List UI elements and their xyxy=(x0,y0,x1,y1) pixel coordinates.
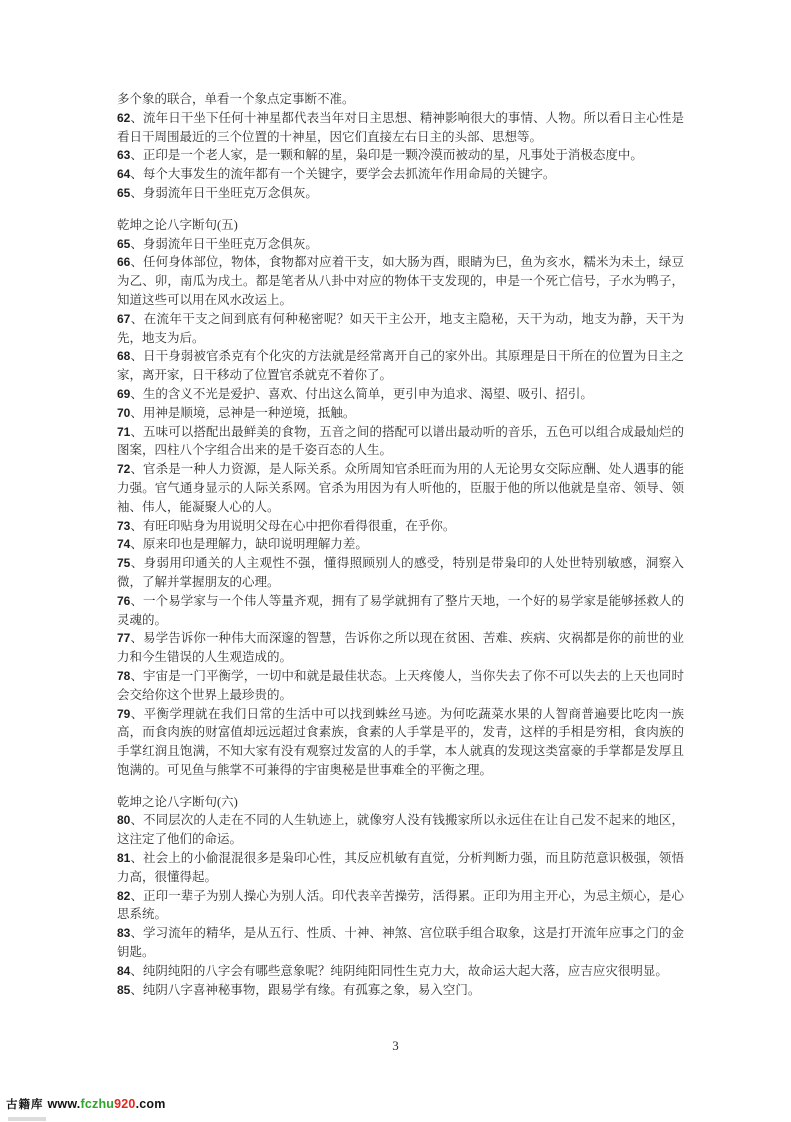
item-number-separator: 、 xyxy=(130,889,143,903)
item-number: 80 xyxy=(117,813,130,827)
item-number: 75 xyxy=(117,556,130,570)
item-number: 65 xyxy=(117,237,130,251)
item-number-separator: 、 xyxy=(130,556,143,570)
watermark-cut-line xyxy=(8,1117,46,1121)
item-text: 流年日干坐下任何十神星都代表当年对日主思想、精神影响很大的事情、人物。所以看日主… xyxy=(117,111,684,144)
item-text: 有旺印贴身为用说明父母在心中把你看得很重，在乎你。 xyxy=(143,519,456,533)
item-number: 62 xyxy=(117,111,130,125)
item-number-separator: 、 xyxy=(130,255,143,269)
item-number-separator: 、 xyxy=(130,167,143,181)
item-text: 身弱流年日干坐旺克万念俱灰。 xyxy=(143,186,318,200)
item-text: 用神是顺境，忌神是一种逆境，抵触。 xyxy=(143,406,356,420)
item-text: 宇宙是一门平衡学，一切中和就是最佳状态。上天疼傻人，当你失去了你不可以失去的上天… xyxy=(117,669,684,702)
item-number: 79 xyxy=(117,707,130,721)
paragraph-continuation: 多个象的联合，单看一个象点定事断不准。 xyxy=(117,90,684,109)
watermark-url-tld: .com xyxy=(136,1097,166,1111)
item-number-separator: 、 xyxy=(130,186,143,200)
item-number-separator: 、 xyxy=(130,387,143,401)
list-item: 72、官杀是一种人力资源，是人际关系。众所周知官杀旺而为用的人无论男女交际应酬、… xyxy=(117,460,684,516)
list-item: 78、宇宙是一门平衡学，一切中和就是最佳状态。上天疼傻人，当你失去了你不可以失去… xyxy=(117,667,684,705)
item-text: 在流年干支之间到底有何种秘密呢？如天干主公开，地支主隐秘，天干为动，地支为静，天… xyxy=(117,312,684,345)
item-number-separator: 、 xyxy=(130,537,143,551)
list-item: 82、正印一辈子为别人操心为别人活。印代表辛苦操劳，活得累。正印为用主开心，为忌… xyxy=(117,887,684,925)
item-text: 官杀是一种人力资源，是人际关系。众所周知官杀旺而为用的人无论男女交际应酬、处人遇… xyxy=(117,462,684,514)
list-item: 79、平衡学理就在我们日常的生活中可以找到蛛丝马迹。为何吃蔬菜水果的人智商普遍要… xyxy=(117,705,684,780)
item-number-separator: 、 xyxy=(130,237,143,251)
item-number-separator: 、 xyxy=(130,111,143,125)
list-item: 76、一个易学家与一个伟人等量齐观，拥有了易学就拥有了整片天地，一个好的易学家是… xyxy=(117,592,684,630)
item-number-separator: 、 xyxy=(130,148,143,162)
item-number-separator: 、 xyxy=(130,707,143,721)
item-text: 学习流年的精华，是从五行、性质、十神、神煞、宫位联手组合取象，这是打开流年应事之… xyxy=(117,926,684,959)
watermark-url-number: 920 xyxy=(114,1097,135,1111)
item-number: 65 xyxy=(117,186,130,200)
item-number: 73 xyxy=(117,519,130,533)
item-number-separator: 、 xyxy=(130,851,143,865)
list-item: 75、身弱用印通关的人主观性不强，懂得照顾别人的感受，特别是带枭印的人处世特别敏… xyxy=(117,554,684,592)
item-number: 82 xyxy=(117,889,130,903)
list-item: 69、生的含义不光是爱护、喜欢、付出这么简单，更引申为追求、渴望、吸引、招引。 xyxy=(117,385,684,404)
item-text: 任何身体部位，物体，食物都对应着干支，如大肠为酉，眼睛为巳，鱼为亥水，糯米为未土… xyxy=(117,255,684,307)
list-item: 65、身弱流年日干坐旺克万念俱灰。 xyxy=(117,184,684,203)
paragraph-text: 多个象的联合，单看一个象点定事断不准。 xyxy=(117,92,355,106)
watermark-url[interactable]: www.fczhu920.com xyxy=(48,1097,166,1111)
section-heading-text: 乾坤之论八字断句(六) xyxy=(117,795,238,809)
item-number: 68 xyxy=(117,349,130,363)
item-number-separator: 、 xyxy=(130,813,143,827)
item-number: 85 xyxy=(117,983,130,997)
item-text: 身弱流年日干坐旺克万念俱灰。 xyxy=(143,237,318,251)
document-page: 多个象的联合，单看一个象点定事断不准。62、流年日干坐下任何十神星都代表当年对日… xyxy=(0,0,791,1122)
item-number: 70 xyxy=(117,406,130,420)
list-item: 62、流年日干坐下任何十神星都代表当年对日主思想、精神影响很大的事情、人物。所以… xyxy=(117,109,684,147)
item-number: 81 xyxy=(117,851,130,865)
list-item: 66、任何身体部位，物体，食物都对应着干支，如大肠为酉，眼睛为巳，鱼为亥水，糯米… xyxy=(117,253,684,309)
item-number: 63 xyxy=(117,148,130,162)
section-heading: 乾坤之论八字断句(六) xyxy=(117,793,684,812)
item-number: 78 xyxy=(117,669,130,683)
list-item: 67、在流年干支之间到底有何种秘密呢？如天干主公开，地支主隐秘，天干为动，地支为… xyxy=(117,310,684,348)
item-text: 每个大事发生的流年都有一个关键字，要学会去抓流年作用命局的关键字。 xyxy=(143,167,556,181)
item-number: 69 xyxy=(117,387,130,401)
item-text: 五味可以搭配出最鲜美的食物，五音之间的搭配可以谱出最动听的音乐，五色可以组合成最… xyxy=(117,425,684,458)
list-item: 81、社会上的小偷混混很多是枭印心性，其反应机敏有直觉，分析判断力强，而且防范意… xyxy=(117,849,684,887)
item-text: 社会上的小偷混混很多是枭印心性，其反应机敏有直觉，分析判断力强，而且防范意识极强… xyxy=(117,851,684,884)
item-number-separator: 、 xyxy=(130,406,143,420)
item-number-separator: 、 xyxy=(130,669,143,683)
item-number: 83 xyxy=(117,926,130,940)
item-number: 71 xyxy=(117,425,130,439)
list-item: 77、易学告诉你一种伟大而深邃的智慧，告诉你之所以现在贫困、苦难、疾病、灾祸都是… xyxy=(117,629,684,667)
item-number-separator: 、 xyxy=(130,349,143,363)
list-item: 71、五味可以搭配出最鲜美的食物，五音之间的搭配可以谱出最动听的音乐，五色可以组… xyxy=(117,423,684,461)
item-text: 纯阴八字喜神秘事物，跟易学有缘。有孤寡之象，易入空门。 xyxy=(143,983,481,997)
list-item: 73、有旺印贴身为用说明父母在心中把你看得很重，在乎你。 xyxy=(117,517,684,536)
item-number: 77 xyxy=(117,631,130,645)
item-number-separator: 、 xyxy=(130,631,143,645)
watermark[interactable]: 古籍库www.fczhu920.com xyxy=(6,1096,166,1112)
list-item: 80、不同层次的人走在不同的人生轨迹上，就像穷人没有钱搬家所以永远住在让自己发不… xyxy=(117,811,684,849)
item-number-separator: 、 xyxy=(130,594,143,608)
item-text: 不同层次的人走在不同的人生轨迹上，就像穷人没有钱搬家所以永远住在让自己发不起来的… xyxy=(117,813,684,846)
list-item: 64、每个大事发生的流年都有一个关键字，要学会去抓流年作用命局的关键字。 xyxy=(117,165,684,184)
list-item: 83、学习流年的精华，是从五行、性质、十神、神煞、宫位联手组合取象，这是打开流年… xyxy=(117,924,684,962)
item-text: 纯阴纯阳的八字会有哪些意象呢？纯阴纯阳同性生克力大，故命运大起大落，应吉应灾很明… xyxy=(143,964,668,978)
item-number: 67 xyxy=(117,312,130,326)
item-number-separator: 、 xyxy=(130,312,143,326)
item-number-separator: 、 xyxy=(130,519,143,533)
item-text: 正印是一个老人家，是一颗和解的星，枭印是一颗冷漠而被动的星，凡事处于消极态度中。 xyxy=(143,148,643,162)
item-text: 平衡学理就在我们日常的生活中可以找到蛛丝马迹。为何吃蔬菜水果的人智商普遍要比吃肉… xyxy=(117,707,684,777)
watermark-library-name: 古籍库 xyxy=(6,1099,44,1111)
item-number: 74 xyxy=(117,537,130,551)
item-text: 易学告诉你一种伟大而深邃的智慧，告诉你之所以现在贫困、苦难、疾病、灾祸都是你的前… xyxy=(117,631,684,664)
item-text: 正印一辈子为别人操心为别人活。印代表辛苦操劳，活得累。正印为用主开心，为忌主烦心… xyxy=(117,889,684,922)
item-number-separator: 、 xyxy=(130,926,143,940)
section-heading-text: 乾坤之论八字断句(五) xyxy=(117,218,238,232)
page-number: 3 xyxy=(0,1038,791,1054)
list-item: 85、纯阴八字喜神秘事物，跟易学有缘。有孤寡之象，易入空门。 xyxy=(117,981,684,1000)
list-item: 70、用神是顺境，忌神是一种逆境，抵触。 xyxy=(117,404,684,423)
item-number-separator: 、 xyxy=(130,983,143,997)
item-number-separator: 、 xyxy=(130,462,143,476)
list-item: 65、身弱流年日干坐旺克万念俱灰。 xyxy=(117,235,684,254)
item-text: 身弱用印通关的人主观性不强，懂得照顾别人的感受，特别是带枭印的人处世特别敏感，洞… xyxy=(117,556,684,589)
item-number: 84 xyxy=(117,964,130,978)
document-body: 多个象的联合，单看一个象点定事断不准。62、流年日干坐下任何十神星都代表当年对日… xyxy=(117,90,684,999)
item-text: 日干身弱被官杀克有个化灾的方法就是经常离开自己的家外出。其原理是日干所在的位置为… xyxy=(117,349,684,382)
item-text: 原来印也是理解力，缺印说明理解力差。 xyxy=(143,537,368,551)
item-number: 76 xyxy=(117,594,130,608)
item-text: 生的含义不光是爱护、喜欢、付出这么简单，更引申为追求、渴望、吸引、招引。 xyxy=(143,387,593,401)
section-heading: 乾坤之论八字断句(五) xyxy=(117,216,684,235)
item-number: 72 xyxy=(117,462,130,476)
watermark-url-domain: fczhu xyxy=(80,1097,114,1111)
item-number-separator: 、 xyxy=(130,425,143,439)
item-number-separator: 、 xyxy=(130,964,143,978)
list-item: 68、日干身弱被官杀克有个化灾的方法就是经常离开自己的家外出。其原理是日干所在的… xyxy=(117,347,684,385)
list-item: 74、原来印也是理解力，缺印说明理解力差。 xyxy=(117,535,684,554)
list-item: 63、正印是一个老人家，是一颗和解的星，枭印是一颗冷漠而被动的星，凡事处于消极态… xyxy=(117,146,684,165)
list-item: 84、纯阴纯阳的八字会有哪些意象呢？纯阴纯阳同性生克力大，故命运大起大落，应吉应… xyxy=(117,962,684,981)
item-number: 66 xyxy=(117,255,130,269)
item-number: 64 xyxy=(117,167,130,181)
watermark-url-www: www. xyxy=(48,1097,81,1111)
item-text: 一个易学家与一个伟人等量齐观，拥有了易学就拥有了整片天地，一个好的易学家是能够拯… xyxy=(117,594,684,627)
